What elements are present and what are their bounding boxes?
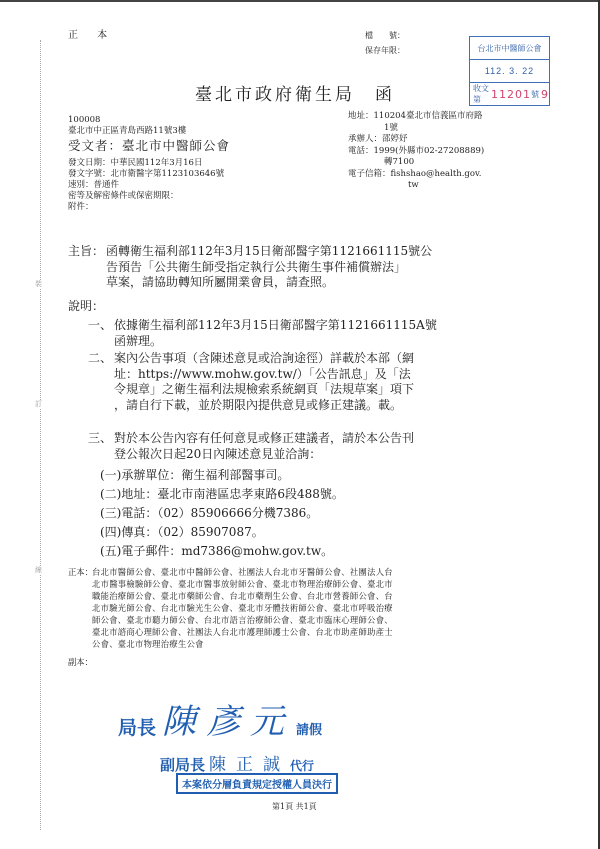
recipient-block: 100008 臺北市中正區青島西路11號3樓 受文者：臺北市中醫師公會 發文日期… — [68, 115, 230, 213]
copy-mark: 正 本 — [68, 26, 115, 41]
contact-fax-item: (四)傳真：（02）85907087。 — [100, 525, 264, 541]
contact-email[interactable]: 電子信箱：fishshao@health.gov. — [348, 169, 548, 181]
deputy-name: 陳正誠 — [209, 750, 290, 775]
recipient-address: 臺北市中正區青島西路11號3樓 — [68, 126, 230, 137]
original-label: 正本： — [68, 566, 93, 578]
stamp-receipt-suffix: 號 — [531, 89, 539, 100]
recipient-line: 公會、臺北市物理治療生公會 — [92, 638, 568, 650]
item-line: 登公報次日起20日內陳述意見並洽詢： — [114, 447, 558, 463]
contact-unit: (一)承辦單位：衛生福利部醫事司。 — [100, 468, 289, 484]
explanation-item: 二、 案內公告事項（含陳述意見或洽詢途徑）詳載於本部（網 址：https://w… — [88, 351, 558, 413]
recipient-line: 臺北市諮商心理師公會、社團法人台北市護理師護士公會、台北市助產師助產士 — [92, 626, 568, 638]
recipient-line: 北市驗光師公會、台北市驗光生公會、臺北市牙體技術師公會、臺北市呼吸治療 — [92, 602, 568, 614]
stamp-receipt-number: 11201 — [491, 88, 531, 101]
explanation-item: 一、 依據衛生福利部112年3月15日衛部醫字第1121661115A號 函辦理… — [88, 318, 558, 349]
recipient-line: 職能治療師公會、臺北市藥師公會、台北市藥劑生公會、台北市營養師公會、台 — [92, 590, 568, 602]
attachments: 附件： — [68, 202, 230, 213]
recipient-name: 受文者：臺北市中醫師公會 — [68, 138, 230, 154]
authorization-stamp: 本案依分層負責規定授權人員決行 — [176, 773, 338, 794]
recipient-line: 台北市醫師公會、臺北市中醫師公會、社團法人台北市牙醫師公會、社團法人台 — [92, 566, 568, 578]
original-recipients: 正本： 台北市醫師公會、臺北市中醫師公會、社團法人台北市牙醫師公會、社團法人台 … — [68, 566, 568, 650]
contact-phone: 電話：1999(外縣市02-27208889) — [348, 146, 548, 158]
contact-address-item: (二)地址：臺北市南港區忠孝東路6段488號。 — [100, 487, 344, 503]
chief-note: 請假 — [296, 719, 322, 738]
contact-email-item[interactable]: (五)電子郵件：md7386@mohw.gov.tw。 — [100, 544, 333, 560]
subject-section: 主旨： 函轉衛生福利部112年3月15日衛部醫字第1121661115號公 告預… — [68, 244, 548, 291]
contact-phone-item: (三)電話：（02）85906666分機7386。 — [100, 506, 318, 522]
binding-char: 線 — [35, 566, 42, 575]
subject-line: 草案，請協助轉知所屬開業會員，請查照。 — [106, 275, 548, 291]
item-number: 二、 — [88, 351, 112, 367]
explanation-label: 說明： — [68, 299, 104, 315]
binding-line — [40, 40, 41, 830]
deputy-signature: 副局長 陳正誠 代行 — [160, 750, 314, 775]
contact-block: 地址：110204臺北市信義區市府路 1號 承辦人：邵婷妤 電話：1999(外縣… — [348, 111, 548, 192]
copy-recipients-label: 副本： — [68, 656, 93, 668]
stamp-receipt-label: 收文第 — [473, 83, 489, 105]
chief-signature: 局長 陳彥元 請假 — [118, 694, 322, 743]
file-number-label: 檔 號： — [350, 29, 405, 42]
deputy-title: 副局長 — [160, 754, 205, 775]
chief-title: 局長 — [118, 713, 156, 740]
subject-label: 主旨： — [68, 244, 104, 260]
binding-char: 訂 — [35, 400, 42, 409]
contact-email-cont[interactable]: tw — [348, 180, 548, 192]
issuer-name: 臺北市政府衛生局 — [195, 85, 355, 105]
item-line: ，請自行下載，並於期限內提供意見或修正建議。載。 — [114, 398, 558, 414]
contact-handler: 承辦人：邵婷妤 — [348, 134, 548, 146]
postal-code: 100008 — [68, 115, 230, 126]
recipient-line: 北市醫事檢驗師公會、臺北市醫事放射師公會、臺北市物理治療師公會、臺北市 — [92, 578, 568, 590]
classification: 密等及解密條件或保密期限： — [68, 191, 230, 202]
receipt-stamp: 台北市中醫師公會 112. 3. 22 收文第 11201 號 9 — [469, 36, 550, 106]
issue-date: 發文日期：中華民國112年3月16日 — [68, 158, 230, 169]
item-line: 函辦理。 — [114, 334, 558, 350]
delivery-speed: 速別：普通件 — [68, 180, 230, 191]
stamp-org: 台北市中醫師公會 — [470, 37, 549, 60]
item-line: 案內公告事項（含陳述意見或洽詢途徑）詳載於本部（網 — [114, 351, 558, 367]
contact-phone-cont: 轉7100 — [348, 157, 548, 169]
item-line: 依據衛生福利部112年3月15日衛部醫字第1121661115A號 — [114, 318, 558, 334]
item-line: 對於本公告內容有任何意見或修正建議者，請於本公告刊 — [114, 431, 558, 447]
stamp-receipt: 收文第 11201 號 9 — [470, 83, 549, 105]
recipient-line: 師公會、臺北市聽力師公會、台北市語言治療師公會、臺北市臨床心理師公會、 — [92, 614, 568, 626]
item-number: 一、 — [88, 318, 112, 334]
page-number: 第1頁 共1頁 — [272, 801, 317, 812]
stamp-receipt-tail: 9 — [541, 88, 549, 101]
contact-address-cont: 1號 — [348, 123, 548, 135]
subject-line: 告預告「公共衛生師受指定執行公共衛生事件補償辦法」 — [106, 260, 548, 276]
deputy-note: 代行 — [290, 757, 314, 774]
explanation-item: 三、 對於本公告內容有任何意見或修正建議者，請於本公告刊 登公報次日起20日內陳… — [88, 431, 558, 462]
stamp-date: 112. 3. 22 — [470, 60, 549, 83]
subject-content: 函轉衛生福利部112年3月15日衛部醫字第1121661115號公 告預告「公共… — [106, 244, 548, 291]
retention-label: 保存年限： — [350, 44, 405, 57]
document-type: 函 — [375, 85, 395, 105]
binding-char: 裝 — [35, 280, 42, 289]
scan-edge-top — [0, 0, 600, 2]
subject-line: 函轉衛生福利部112年3月15日衛部醫字第1121661115號公 — [106, 244, 548, 260]
document-number: 發文字號：北市衛醫字第1123103646號 — [68, 169, 230, 180]
contact-address: 地址：110204臺北市信義區市府路 — [348, 111, 548, 123]
item-number: 三、 — [88, 431, 112, 447]
item-line: 令規章」之衛生福利法規檢索系統網頁「法規草案」項下 — [114, 382, 558, 398]
document-title: 臺北市政府衛生局函 — [195, 80, 395, 105]
item-line-url[interactable]: 址：https://www.mohw.gov.tw/）「公告訊息」及「法 — [114, 367, 558, 383]
chief-name: 陳彥元 — [162, 694, 294, 743]
